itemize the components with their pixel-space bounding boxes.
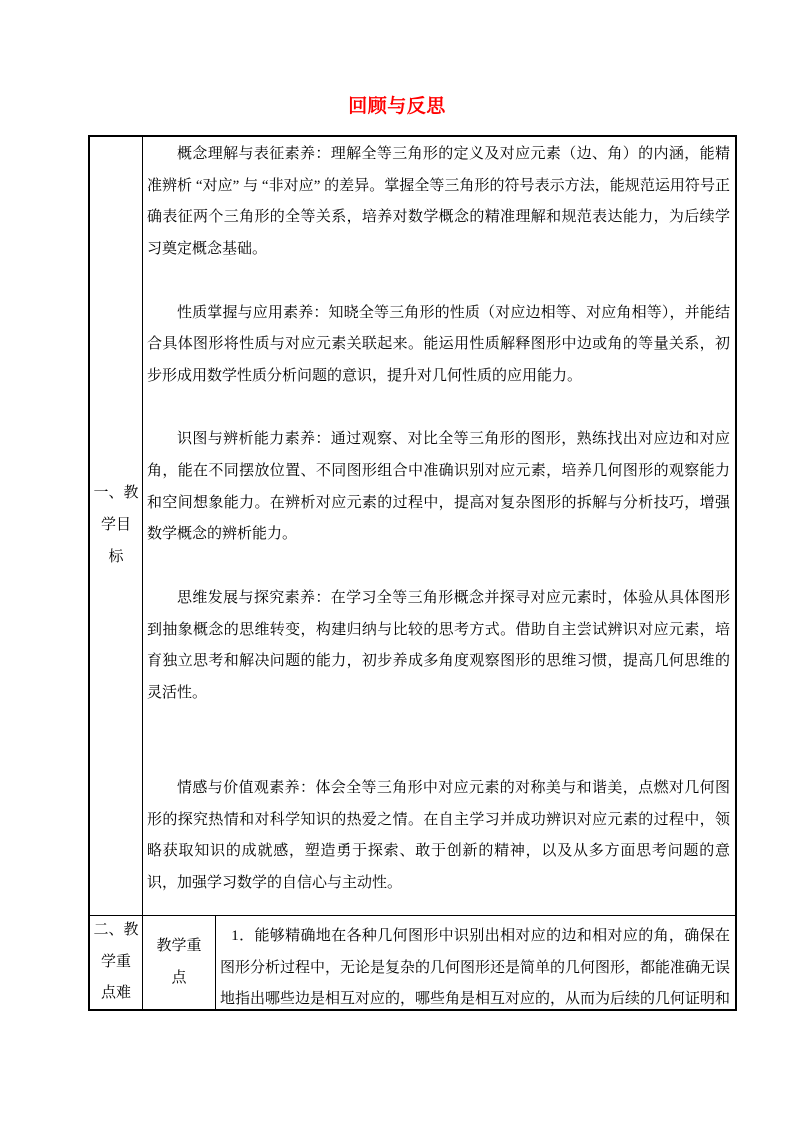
objective-paragraph: 识图与辨析能力素养：通过观察、对比全等三角形的图形，熟练找出对应边和对应角，能在… [147, 424, 730, 551]
keypoints-header-cell: 二、教 学重 点难 [90, 916, 143, 1009]
lesson-plan-table: 一、教 学目 标 概念理解与表征素养：理解全等三角形的定义及对应元素（边、角）的… [88, 135, 737, 1011]
objective-paragraph: 概念理解与表征素养：理解全等三角形的定义及对应元素（边、角）的内涵，能精准辨析 … [147, 139, 730, 266]
objectives-header-cell: 一、教 学目 标 [90, 137, 143, 915]
objectives-header-line: 学目 [101, 510, 131, 542]
objectives-row: 一、教 学目 标 概念理解与表征素养：理解全等三角形的定义及对应元素（边、角）的… [90, 137, 735, 915]
teaching-focus-line: 教学重 [156, 931, 201, 963]
objective-paragraph: 性质掌握与应用素养：知晓全等三角形的性质（对应边相等、对应角相等），并能结合具体… [147, 298, 730, 393]
page-title: 回顾与反思 [0, 0, 794, 122]
keypoints-row: 二、教 学重 点难 教学重 点 1．能够精确地在各种几何图形中识别出相对应的边和… [90, 915, 735, 1009]
objectives-header-line: 标 [108, 542, 123, 574]
document-page: 回顾与反思 一、教 学目 标 概念理解与表征素养：理解全等三角形的定义及对应元素… [0, 0, 794, 1123]
keypoints-header-line: 点难 [101, 978, 131, 1009]
keypoints-header-line: 学重 [101, 947, 131, 979]
objectives-header-line: 一、教 [93, 478, 138, 510]
keypoint-paragraph: 1．能够精确地在各种几何图形中识别出相对应的边和相对应的角，确保在图形分析过程中… [220, 921, 730, 1009]
objectives-content-cell: 概念理解与表征素养：理解全等三角形的定义及对应元素（边、角）的内涵，能精准辨析 … [143, 137, 735, 915]
keypoints-header-line: 二、教 [93, 916, 138, 947]
objective-paragraph: 情感与价值观素养：体会全等三角形中对应元素的对称美与和谐美，点燃对几何图形的探究… [147, 773, 730, 900]
teaching-focus-line: 点 [171, 963, 186, 995]
teaching-focus-cell: 教学重 点 [143, 916, 216, 1009]
objective-paragraph: 思维发展与探究素养：在学习全等三角形概念并探寻对应元素时，体验从具体图形到抽象概… [147, 583, 730, 710]
keypoints-content-cell: 1．能够精确地在各种几何图形中识别出相对应的边和相对应的角，确保在图形分析过程中… [216, 916, 735, 1009]
